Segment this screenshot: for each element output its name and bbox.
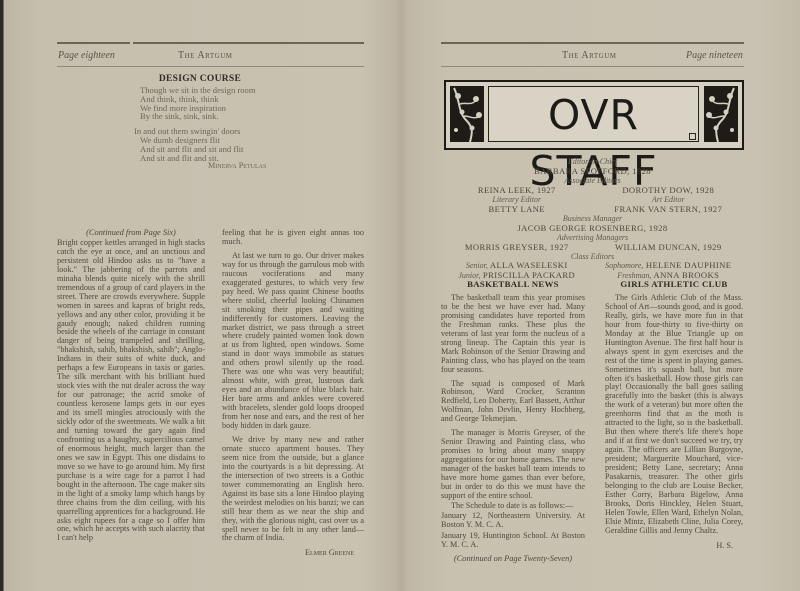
staff-role: Associate Editors <box>441 176 744 185</box>
staff-name: Reina Leek, 1927 <box>441 185 593 195</box>
staff-role: Editor-in-Chief <box>441 157 744 166</box>
staff-row: Morris Greyser, 1927 William Duncan, 192… <box>441 242 744 252</box>
class-label: Sophomore, <box>605 261 643 270</box>
article-paragraph: The Girls Athletic Club of the Mass. Sch… <box>605 294 743 536</box>
staff-masthead: Editor-in-Chief Barbara Spofford, 1928 A… <box>441 157 744 280</box>
staff-role: Art Editor <box>593 195 745 204</box>
printer-mark-icon <box>689 133 696 140</box>
staff-name: Priscilla Packard <box>483 270 575 280</box>
running-title: The Artgum <box>178 50 232 61</box>
poem-title: DESIGN COURSE <box>0 74 400 84</box>
header-rule <box>441 42 744 44</box>
book-spread: Page eighteen The Artgum DESIGN COURSE T… <box>0 0 800 591</box>
basketball-news-column: BASKETBALL NEWS The basketball team this… <box>441 280 585 565</box>
header-rule <box>57 42 130 44</box>
staff-name: Dorothy Dow, 1928 <box>593 185 745 195</box>
cherry-blossom-icon <box>704 86 738 142</box>
staff-name: Helene Dauphine <box>646 260 731 270</box>
article-author: Elmer Greene <box>222 549 364 558</box>
header-rule <box>133 42 364 44</box>
staff-cell: Art Editor Frank Van Stern, 1927 <box>593 195 745 214</box>
article-paragraph: We drive by many new and rather ornate s… <box>222 436 364 543</box>
left-page: Page eighteen The Artgum DESIGN COURSE T… <box>0 0 400 591</box>
staff-role: Business Manager <box>441 214 744 223</box>
staff-role: Literary Editor <box>441 195 593 204</box>
staff-name: William Duncan, 1929 <box>593 242 745 252</box>
staff-role: Advertising Managers <box>441 233 744 242</box>
poem-author: Minerva Petulas <box>208 162 266 171</box>
staff-name: Betty Lane <box>441 204 593 214</box>
staff-name: Frank Van Stern, 1927 <box>593 204 745 214</box>
poem-stanza: Though we sit in the design room And thi… <box>140 86 266 121</box>
section-heading: GIRLS ATHLETIC CLUB <box>605 280 743 289</box>
article-column-2: feeling that he is given eight annas too… <box>222 229 364 558</box>
header-rule <box>441 66 744 67</box>
poem-stanza: In and out them swingin' doors We dumb d… <box>140 127 266 171</box>
staff-banner: OVR STAFF <box>444 80 744 150</box>
right-page: The Artgum Page nineteen OVR STAFF <box>400 0 800 591</box>
article-paragraph: feeling that he is given eight annas too… <box>222 229 364 247</box>
poem: Though we sit in the design room And thi… <box>140 86 266 177</box>
poem-line: By the sink, sink, sink. <box>140 112 266 121</box>
staff-row: Literary Editor Betty Lane Art Editor Fr… <box>441 195 744 214</box>
staff-cell: Literary Editor Betty Lane <box>441 195 593 214</box>
staff-name: Morris Greyser, 1927 <box>441 242 593 252</box>
section-heading: BASKETBALL NEWS <box>441 280 585 289</box>
staff-row: Reina Leek, 1927 Dorothy Dow, 1928 <box>441 185 744 195</box>
running-title: The Artgum <box>562 50 616 61</box>
article-paragraph: The basketball team this year promises t… <box>441 294 585 375</box>
schedule-item: January 19, Huntington School. At Boston… <box>441 532 585 550</box>
girls-athletic-club-column: GIRLS ATHLETIC CLUB The Girls Athletic C… <box>605 280 743 551</box>
article-paragraph: The squad is composed of Mark Robinson, … <box>441 380 585 425</box>
continued-from-note: (Continued from Page Six) <box>57 229 205 238</box>
staff-name: Barbara Spofford, 1928 <box>441 166 744 176</box>
banner-title: OVR STAFF <box>489 87 698 141</box>
page-number: Page nineteen <box>686 50 743 61</box>
staff-name: Jacob George Rosenberg, 1928 <box>441 223 744 233</box>
page-number: Page eighteen <box>58 50 115 61</box>
cherry-blossom-icon <box>450 86 484 142</box>
header-rule <box>57 66 364 67</box>
article-column-1: (Continued from Page Six) Bright copper … <box>57 229 205 548</box>
article-author: H. S. <box>605 542 743 551</box>
article-paragraph: Bright copper kettles arranged in high s… <box>57 239 205 543</box>
banner-title-frame: OVR STAFF <box>488 86 699 142</box>
staff-name: Alla Waseleski <box>490 260 568 270</box>
article-paragraph: The Schedule to date is as follows:— <box>441 502 585 511</box>
schedule-item: January 12, Northeastern University. At … <box>441 512 585 530</box>
article-paragraph: The manager is Morris Greyser, of the Se… <box>441 429 585 501</box>
staff-name: Anna Brooks <box>653 270 719 280</box>
continued-on-note: (Continued on Page Twenty-Seven) <box>441 555 585 564</box>
article-paragraph: At last we turn to go. Our driver makes … <box>222 252 364 431</box>
